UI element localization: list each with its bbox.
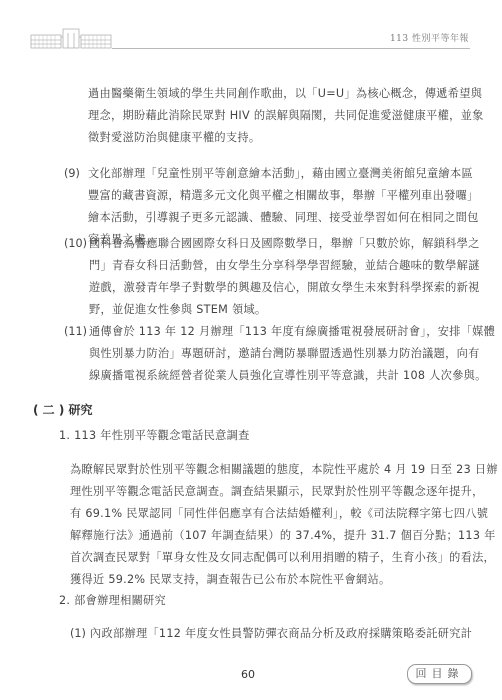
page-header: 113 性別平等年報 (0, 0, 502, 60)
header-divider (112, 48, 470, 49)
paragraph-line: 通傳會於 113 年 12 月辦理「113 年度有線廣播電視發展研討會」，安排「… (89, 322, 495, 343)
paragraph-line: 過由醫藥衛生領域的學生共同創作歌曲，以「U=U」為核心概念，傳遞希望與 (88, 84, 482, 105)
paragraph-line: 內政部辦理「112 年度女性員警防彈衣商品分析及政府採購策略委託研究計 (90, 624, 472, 645)
list-number: (11) (64, 322, 87, 343)
paragraph-line: 與性別暴力防治」專題研討，邀請台灣防暴聯盟透過性別暴力防治議題，向有 (89, 344, 480, 365)
paragraph-line: 徵對愛滋防治與健康平權的支持。 (88, 128, 260, 149)
paragraph-line: 國科會為響應聯合國國際女科日及國際數學日，舉辦「只數於妳，解鎖科學之 (89, 234, 480, 255)
paragraph-line: 野，並促進女性參與 STEM 領域。 (89, 300, 266, 321)
list-number: (1) (70, 624, 86, 645)
list-number: (10) (64, 234, 87, 255)
paragraph-line: 線廣播電視系統經營者從業人員強化宣導性別平等意識，共計 108 人次參與。 (89, 366, 487, 387)
paragraph-line: 繪本活動，引導親子更多元認識、體驗、同理、接受並學習如何在相同之間包 (88, 208, 479, 229)
paragraph-line: 獲得近 59.2% 民眾支持，調查報告已公布於本院性平會網站。 (70, 570, 390, 591)
building-logo-icon (30, 27, 112, 49)
paragraph-line: 文化部辦理「兒童性別平等創意繪本活動」，藉由國立臺灣美術館兒童繪本區 (88, 164, 473, 185)
subsection-title: 2. 部會辦理相關研究 (59, 591, 166, 612)
subsection-title: 1. 113 年性別平等觀念電話民意調查 (59, 426, 250, 447)
back-to-toc-button[interactable]: 回目錄 (407, 664, 472, 684)
paragraph-line: 為瞭解民眾對於性別平等觀念相關議題的態度，本院性平處於 4 月 19 日至 23… (70, 460, 498, 481)
section-heading: ( 二 ) 研究 (33, 401, 93, 418)
paragraph-line: 有 69.1% 民眾認同「同性伴侶應享有合法結婚權利」，較《司法院釋字第七四八號 (70, 504, 488, 525)
paragraph-line: 理性別平等觀念電話民意調查。調查結果顯示，民眾對於性別平等觀念逐年提升， (70, 482, 484, 503)
paragraph-line: 首次調查民眾對「單身女性及女同志配偶可以利用捐贈的精子，生育小孩」的看法， (70, 548, 495, 569)
paragraph-line: 解釋施行法》通過前（107 年調查結果）的 37.4%，提升 31.7 個百分點… (70, 526, 496, 547)
paragraph-line: 理念，期盼藉此消除民眾對 HIV 的誤解與隔閡，共同促進愛滋健康平權，並象 (88, 106, 484, 127)
report-title: 113 性別平等年報 (390, 31, 469, 44)
paragraph-line: 門」青春女科日活動營，由女學生分享科學學習經驗，並結合趣味的數學解謎 (89, 256, 480, 277)
list-number: (9) (64, 164, 80, 185)
paragraph-line: 豐富的藏書資源，精選多元文化與平權之相關故事，舉辦「平權列車出發囉」 (88, 186, 479, 207)
page-number: 60 (241, 668, 255, 681)
paragraph-line: 遊戲，激發青年學子對數學的興趣及信心，開啟女學生未來對科學探索的新視 (89, 278, 480, 299)
